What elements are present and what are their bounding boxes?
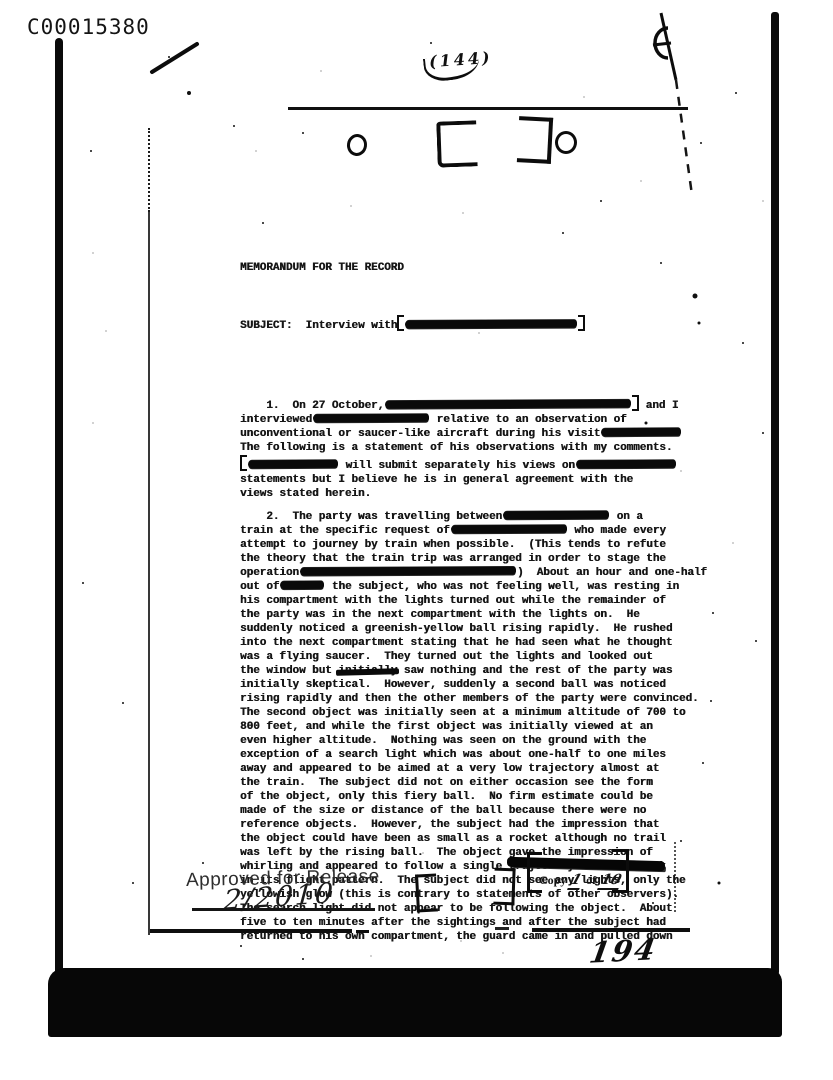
memo-line: even higher altitude. Nothing was seen o… (240, 734, 715, 748)
memo-line: unconventional or saucer-like aircraft d… (240, 427, 715, 441)
memo-line: his compartment with the lights turned o… (240, 594, 715, 608)
handwritten-circle-stroke (423, 53, 481, 83)
memo-line: reference objects. However, the subject … (240, 818, 715, 832)
memo-line: made of the size or distance of the ball… (240, 804, 715, 818)
bottom-left-rule (150, 929, 352, 933)
scribbled-out-word: initially (338, 665, 397, 677)
memo-line: of the object, only this fiery ball. No … (240, 790, 715, 804)
release-date-underline (192, 908, 375, 911)
subject-label: SUBJECT: (240, 320, 292, 332)
redaction-bar (300, 566, 516, 575)
memo-line: The following is a statement of his obse… (240, 441, 715, 455)
fold-line (148, 212, 150, 935)
bottom-right-rule-dash (495, 927, 509, 930)
memo-line: 2. The party was travelling between on a (240, 510, 715, 524)
page-right-edge-shadow (771, 12, 779, 975)
page-left-edge-shadow (55, 38, 63, 975)
memo-line: train at the specific request of who mad… (240, 524, 715, 538)
redaction-bar (280, 581, 324, 589)
diagonal-pen-line (661, 13, 676, 80)
copy-stamp: Copy 1 of 10 (539, 872, 622, 890)
memo-content: MEMORANDUM FOR THE RECORD SUBJECT: Inter… (240, 233, 715, 958)
diagonal-pen-line-dashed (676, 80, 692, 195)
redaction-bar (601, 428, 681, 436)
handwritten-open-bracket-bottom (415, 873, 438, 912)
memo-line: 800 feet, and while the first object was… (240, 720, 715, 734)
memo-line: suddenly noticed a greenish-yellow ball … (240, 622, 715, 636)
redaction-bar (248, 460, 338, 468)
redaction-bracket-left (240, 455, 247, 471)
top-horizontal-rule (288, 107, 688, 110)
scan-noise-speckles (0, 0, 2, 2)
memo-line: away and appeared to be aimed at a very … (240, 762, 715, 776)
memo-subject-row: SUBJECT: Interview with (240, 315, 715, 333)
fold-line-dotted (148, 128, 150, 212)
memo-line: the theory that the train trip was arran… (240, 552, 715, 566)
redaction-bar (576, 460, 676, 469)
redaction-bracket-left (397, 315, 404, 331)
memo-line: 1. On 27 October, and I (240, 395, 715, 413)
redaction-bracket-right (578, 315, 585, 331)
bottom-right-rule (532, 928, 690, 932)
memo-line: initially skeptical. However, suddenly a… (240, 678, 715, 692)
handwritten-page-number: 194 (587, 932, 660, 969)
memo-line: statements but I believe he is in genera… (240, 473, 715, 487)
memo-line: the party was in the next compartment wi… (240, 608, 715, 622)
handwritten-close-bracket (517, 116, 553, 164)
page-bottom-scan-band (48, 968, 782, 1037)
redaction-bar (451, 525, 567, 534)
document-id: C00015380 (27, 15, 150, 39)
redaction-bar (503, 511, 609, 520)
memo-line: will submit separately his views on (240, 455, 715, 473)
memo-line: interviewed relative to an observation o… (240, 413, 715, 427)
redaction-bracket-right (632, 395, 639, 411)
circled-check-icon (655, 28, 668, 58)
memo-heading: MEMORANDUM FOR THE RECORD (240, 261, 715, 275)
circled-check-tick (653, 43, 671, 45)
memo-line: out of the subject, who was not feeling … (240, 580, 715, 594)
bottom-left-rule-dash (356, 930, 369, 933)
subject-text: Interview with (306, 320, 398, 332)
memo-line: into the next compartment stating that h… (240, 636, 715, 650)
memo-line: was left by the rising ball. The object … (240, 846, 715, 860)
redaction-bar (405, 320, 577, 329)
memo-line: rising rapidly and then the other member… (240, 692, 715, 706)
memo-line: the window but initially saw nothing and… (240, 664, 715, 678)
handwritten-open-bracket (436, 120, 478, 167)
copy-stamp-total: 10 (597, 872, 624, 890)
redaction-bar (313, 414, 429, 423)
redaction-bar (385, 399, 631, 408)
memo-line: the object could have been as small as a… (240, 832, 715, 846)
memo-line: operation) About an hour and one-half (240, 566, 715, 580)
subject-spacer (292, 320, 305, 332)
handwritten-close-bracket-bottom (493, 868, 515, 906)
copy-stamp-number: 1 (567, 872, 585, 890)
memo-line: the train. The subject did not on either… (240, 776, 715, 790)
memo-line: attempt to journey by train when possibl… (240, 538, 715, 552)
memo-line: views stated herein. (240, 487, 715, 501)
memo-paragraph: 1. On 27 October, and Iinterviewed relat… (240, 395, 715, 501)
handwritten-circle-left (346, 133, 369, 158)
memo-line: exception of a search light which was ab… (240, 748, 715, 762)
copy-stamp-of: of (586, 873, 596, 888)
memo-line: The second object was initially seen at … (240, 706, 715, 720)
memo-line: was a flying saucer. They turned out the… (240, 650, 715, 664)
copy-stamp-label: Copy (539, 873, 566, 888)
pen-slash-mark (152, 44, 197, 72)
handwritten-circle-right (555, 131, 577, 154)
